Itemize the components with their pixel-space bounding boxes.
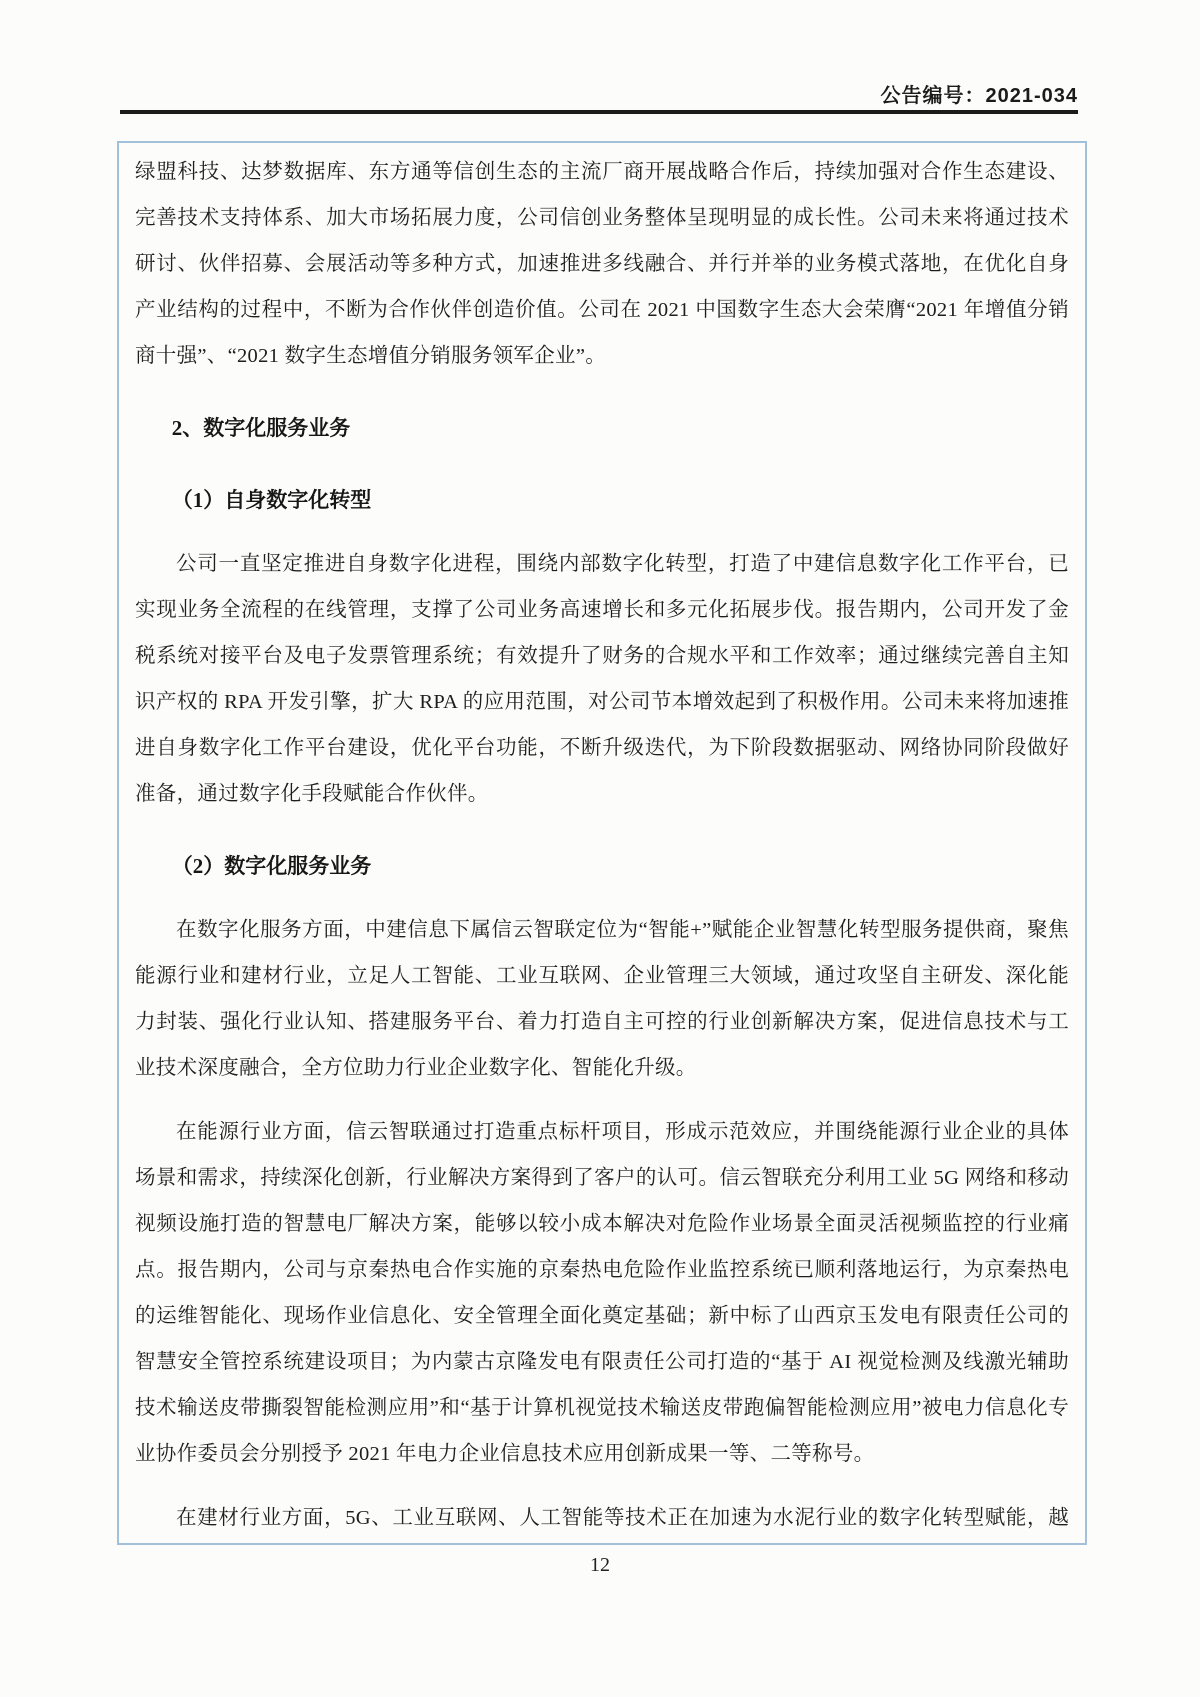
content-border-box: 绿盟科技、达梦数据库、东方通等信创生态的主流厂商开展战略合作后，持续加强对合作生… — [117, 141, 1087, 1545]
page-number: 12 — [590, 1554, 610, 1576]
subsection-1-heading: （1）自身数字化转型 — [135, 477, 1069, 523]
announcement-number: 公告编号：2021-034 — [880, 79, 1078, 108]
paragraph-energy-industry: 在能源行业方面，信云智联通过打造重点标杆项目，形成示范效应，并围绕能源行业企业的… — [135, 1109, 1069, 1477]
paragraph-self-digitalization: 公司一直坚定推进自身数字化进程，围绕内部数字化转型，打造了中建信息数字化工作平台… — [135, 541, 1069, 817]
paragraph-digital-services: 在数字化服务方面，中建信息下属信云智联定位为“智能+”赋能企业智慧化转型服务提供… — [135, 907, 1069, 1091]
header-rule — [120, 110, 1078, 114]
subsection-2-heading: （2）数字化服务业务 — [135, 843, 1069, 889]
section-heading: 2、数字化服务业务 — [135, 405, 1069, 451]
document-page: 公告编号：2021-034 绿盟科技、达梦数据库、东方通等信创生态的主流厂商开展… — [0, 0, 1200, 1697]
paragraph-intro: 绿盟科技、达梦数据库、东方通等信创生态的主流厂商开展战略合作后，持续加强对合作生… — [135, 149, 1069, 379]
paragraph-building-materials: 在建材行业方面，5G、工业互联网、人工智能等技术正在加速为水泥行业的数字化转型赋… — [135, 1495, 1069, 1545]
page-footer: 12 — [0, 1553, 1200, 1577]
